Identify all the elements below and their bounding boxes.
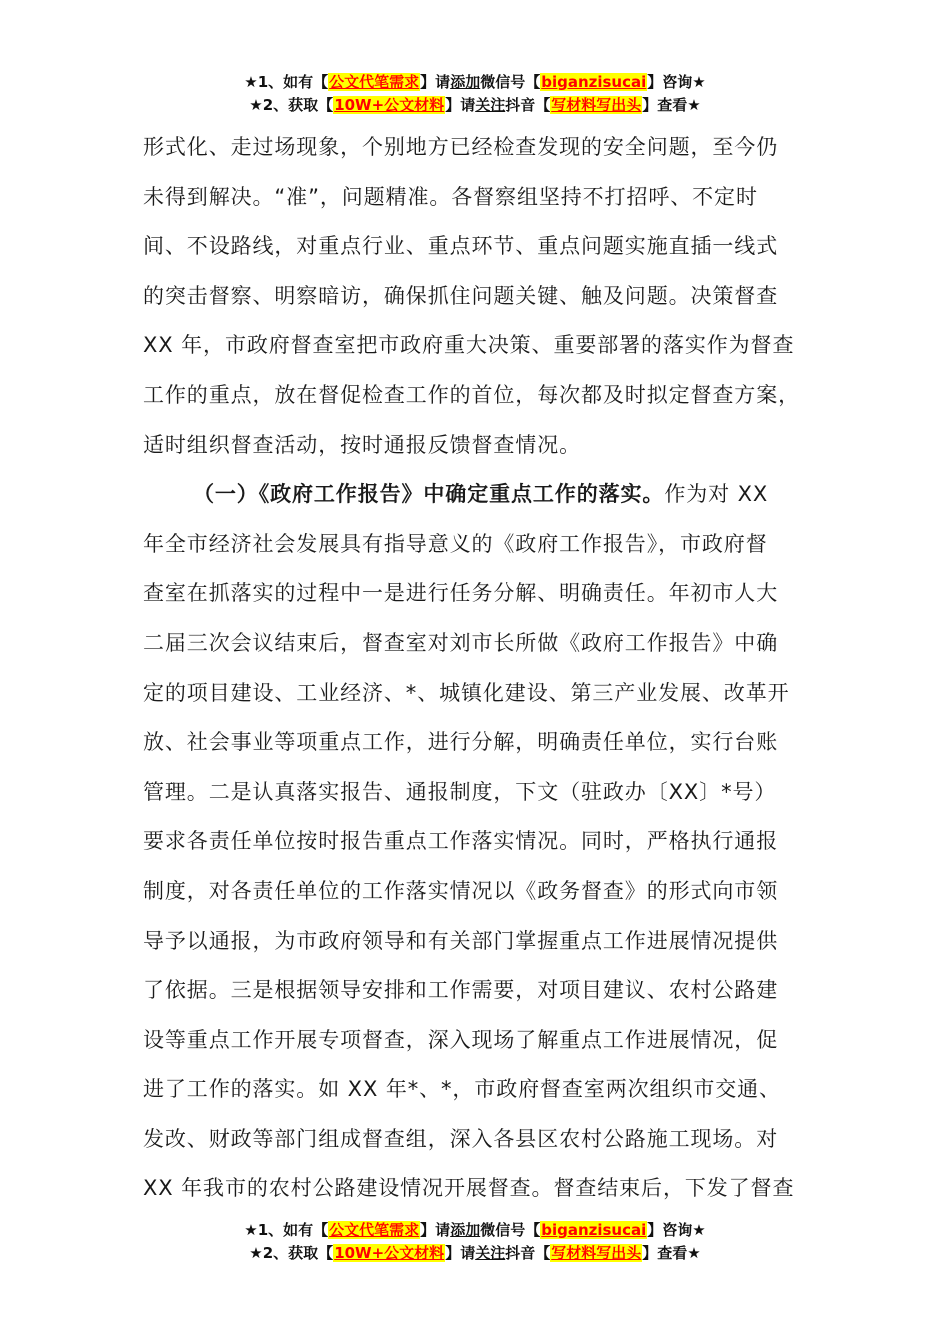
promo-line-2: ★2、获取【10W+公文材料】请关注抖音【写材料写出头】查看★ (0, 1242, 950, 1265)
body-line: 制度，对各责任单位的工作落实情况以《政务督查》的形式向市领 (143, 867, 813, 917)
wechat-id-highlight: biganzisucai (540, 1221, 647, 1239)
body-line: 形式化、走过场现象，个别地方已经检查发现的安全问题，至今仍 (143, 123, 813, 173)
body-line: 要求各责任单位按时报告重点工作落实情况。同时，严格执行通报 (143, 817, 813, 867)
promo-underlined: 添加 (450, 1221, 480, 1239)
promo-text: 】请 (445, 1244, 475, 1262)
promo-banner-top: ★1、如有【公文代笔需求】请添加微信号【biganzisucai】咨询★ ★2、… (0, 71, 950, 117)
promo-text: 】咨询★ (647, 1221, 705, 1239)
body-line: 导予以通报，为市政府领导和有关部门掌握重点工作进展情况提供 (143, 917, 813, 967)
promo-text: ★1、如有【 (244, 73, 328, 91)
promo-underlined: 关注 (475, 1244, 505, 1262)
promo-text: 】请 (420, 1221, 450, 1239)
promo-text: 】请 (445, 96, 475, 114)
promo-text: ★2、获取【 (249, 1244, 333, 1262)
body-line: XX 年，市政府督查室把市政府重大决策、重要部署的落实作为督查 (143, 321, 813, 371)
body-line: 发改、财政等部门组成督查组，深入各县区农村公路施工现场。对 (143, 1115, 813, 1165)
body-line: 间、不设路线，对重点行业、重点环节、重点问题实施直插一线式 (143, 222, 813, 272)
promo-text: 抖音【 (505, 96, 550, 114)
body-line: 定的项目建设、工业经济、*、城镇化建设、第三产业发展、改革开 (143, 669, 813, 719)
promo-text: ★1、如有【 (244, 1221, 328, 1239)
promo-underlined: 添加 (450, 73, 480, 91)
promo-highlight: 10W+公文材料 (333, 96, 445, 114)
section-heading: （一）《政府工作报告》中确定重点工作的落实。 (193, 482, 664, 506)
body-line: 进了工作的落实。如 XX 年*、*，市政府督查室两次组织市交通、 (143, 1065, 813, 1115)
wechat-id-highlight: biganzisucai (540, 73, 647, 91)
body-text: 作为对 XX (664, 482, 768, 506)
promo-text: 微信号【 (480, 1221, 540, 1239)
promo-text: 】查看★ (642, 96, 700, 114)
section-heading-line: （一）《政府工作报告》中确定重点工作的落实。作为对 XX (143, 470, 813, 520)
promo-text: 】咨询★ (647, 73, 705, 91)
promo-text: 抖音【 (505, 1244, 550, 1262)
body-line: XX 年我市的农村公路建设情况开展督查。督查结束后，下发了督查 (143, 1164, 813, 1214)
body-line: 放、社会事业等项重点工作，进行分解，明确责任单位，实行台账 (143, 718, 813, 768)
body-line: 二届三次会议结束后，督查室对刘市长所做《政府工作报告》中确 (143, 619, 813, 669)
promo-text: 】请 (420, 73, 450, 91)
promo-line-2: ★2、获取【10W+公文材料】请关注抖音【写材料写出头】查看★ (0, 94, 950, 117)
body-line: 管理。二是认真落实报告、通报制度，下文（驻政办〔XX〕*号） (143, 768, 813, 818)
promo-highlight: 公文代笔需求 (328, 73, 420, 91)
promo-line-1: ★1、如有【公文代笔需求】请添加微信号【biganzisucai】咨询★ (0, 71, 950, 94)
body-line: 年全市经济社会发展具有指导意义的《政府工作报告》，市政府督 (143, 520, 813, 570)
promo-highlight: 10W+公文材料 (333, 1244, 445, 1262)
promo-text: ★2、获取【 (249, 96, 333, 114)
body-line: 了依据。三是根据领导安排和工作需要，对项目建议、农村公路建 (143, 966, 813, 1016)
promo-text: 微信号【 (480, 73, 540, 91)
promo-text: 】查看★ (642, 1244, 700, 1262)
body-line: 未得到解决。“准”，问题精准。各督察组坚持不打招呼、不定时 (143, 173, 813, 223)
body-line: 适时组织督查活动，按时通报反馈督查情况。 (143, 421, 813, 471)
body-line: 的突击督察、明察暗访，确保抓住问题关键、触及问题。决策督查 (143, 272, 813, 322)
promo-highlight: 公文代笔需求 (328, 1221, 420, 1239)
promo-banner-bottom: ★1、如有【公文代笔需求】请添加微信号【biganzisucai】咨询★ ★2、… (0, 1219, 950, 1265)
douyin-id-highlight: 写材料写出头 (550, 1244, 642, 1262)
douyin-id-highlight: 写材料写出头 (550, 96, 642, 114)
body-line: 设等重点工作开展专项督查，深入现场了解重点工作进展情况，促 (143, 1016, 813, 1066)
body-line: 查室在抓落实的过程中一是进行任务分解、明确责任。年初市人大 (143, 569, 813, 619)
promo-line-1: ★1、如有【公文代笔需求】请添加微信号【biganzisucai】咨询★ (0, 1219, 950, 1242)
promo-underlined: 关注 (475, 96, 505, 114)
document-body: 形式化、走过场现象，个别地方已经检查发现的安全问题，至今仍 未得到解决。“准”，… (143, 123, 813, 1214)
body-line: 工作的重点，放在督促检查工作的首位，每次都及时拟定督查方案， (143, 371, 813, 421)
